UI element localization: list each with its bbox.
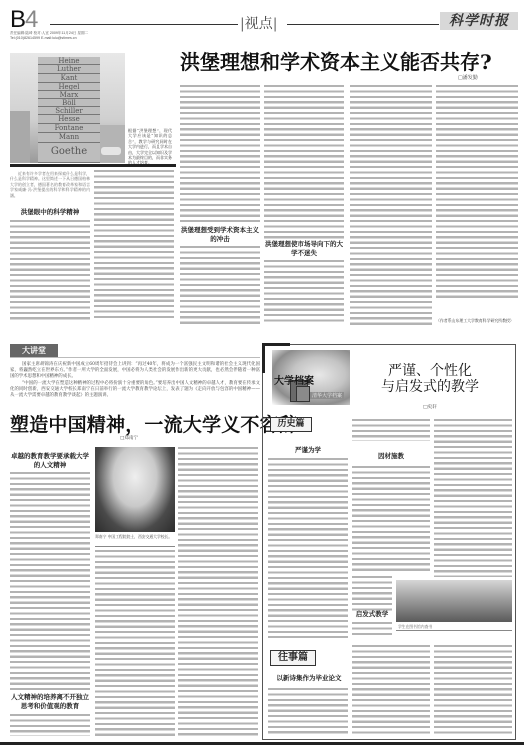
- building-left: [10, 111, 30, 163]
- book-spine: Böll: [38, 99, 100, 107]
- headline-line: 严谨、个性化: [360, 363, 500, 379]
- corner-accent: [262, 343, 290, 346]
- building-right: [99, 125, 125, 163]
- text-column: [95, 550, 175, 736]
- intro-paragraph: 国家主席胡锦涛在庆祝新中国成立60周年招待会上讲到：“再过40年，将成为一个富强…: [10, 362, 260, 381]
- lecture-subhead: 卓越的教育教学要承载大学的人文精神: [10, 452, 90, 470]
- header-rule-left: [50, 24, 238, 25]
- book-spine: Kant: [38, 74, 100, 83]
- book-spine: Luther: [38, 65, 100, 74]
- text-column: [352, 645, 430, 736]
- feature-subhead: 严谨为学: [268, 446, 348, 455]
- text-column: [434, 419, 512, 577]
- text-column: [10, 220, 90, 320]
- feature-subhead: 启发式教学: [352, 610, 392, 619]
- headline-line: 与启发式的教学: [360, 379, 500, 395]
- book-spine: Fontane: [38, 124, 100, 133]
- footer-rule: [0, 742, 524, 745]
- past-subhead: 以新诗集作为毕业论文: [268, 674, 350, 683]
- text-column: [434, 645, 512, 736]
- page-digit: 4: [25, 6, 37, 33]
- section-tag-lecture: 大讲堂: [10, 344, 58, 357]
- book-spine: Mann: [38, 133, 100, 143]
- lecture-headline: 塑造中国精神，一流大学义不容辞: [10, 410, 260, 437]
- column-label: 大学档案: [274, 372, 314, 387]
- portrait-caption: 郑南宁 中国工程院院士，西安交通大学校长。: [95, 534, 179, 539]
- portrait-rule: [95, 546, 175, 547]
- header-rule-right: [287, 24, 439, 25]
- book-spine: Marx: [38, 91, 100, 99]
- book-stack: Heine Luther Kant Hegel Marx Böll Schill…: [38, 57, 100, 163]
- text-column: [264, 85, 344, 240]
- article-subhead: 洪堡理想受到学术资本主义的冲击: [180, 226, 260, 244]
- article-headline: 洪堡理想和学术资本主义能否共存?: [180, 46, 520, 75]
- text-column: [352, 419, 430, 441]
- article-subhead: 洪堡眼中的科学精神: [10, 208, 90, 217]
- photo-caption: 根据“洪堡理想”，现代大学应该是“知识的总合”，教学与研究同时在大学内进行，而且…: [128, 128, 172, 166]
- author-portrait: [95, 447, 175, 532]
- lecture-byline: □郑南宁: [120, 435, 138, 441]
- text-column: [352, 576, 392, 612]
- past-events-tag: 往事篇: [270, 650, 316, 666]
- text-column: [352, 466, 430, 574]
- article-byline: □潘发勤: [458, 74, 478, 81]
- text-column: [10, 472, 90, 690]
- text-column: [350, 85, 432, 325]
- book-spine: Hegel: [38, 83, 100, 91]
- feature-subhead: 因材施教: [352, 452, 430, 461]
- column-sublabel: 清华大学档案: [310, 392, 344, 399]
- photo-rule: [396, 630, 512, 631]
- lecture-subhead: 人文精神的培养离不开独立思考和价值观的教育: [10, 693, 90, 711]
- article-intro: 近来有许多学者在用来探索什么是科学，什么是科学精神。这里简述一下从日德国柏林大学…: [10, 171, 90, 206]
- intro-paragraph: “中国的一流大学在塑造这种精神的过程中必将扮演十分重要的角色。”要培养出中国人文…: [10, 381, 260, 400]
- section-name: 视点: [245, 16, 273, 32]
- text-column: [264, 260, 344, 324]
- book-monument-photo: Heine Luther Kant Hegel Marx Böll Schill…: [10, 53, 125, 163]
- newspaper-masthead: 科学时报: [440, 12, 518, 30]
- photo-rule: [10, 164, 176, 167]
- text-column: [10, 714, 90, 736]
- text-column: [178, 447, 258, 736]
- text-column: [436, 85, 518, 300]
- book-spine: Goethe: [38, 143, 100, 163]
- feature-headline: 严谨、个性化 与启发式的教学: [360, 363, 500, 395]
- text-column: [352, 622, 392, 638]
- page-number: B4: [10, 8, 37, 32]
- contact-line: Tel:(010)82614599 E-mail:lulu@stimes.cn: [10, 36, 88, 41]
- corner-accent: [262, 343, 265, 373]
- archive-book-icon: [296, 386, 310, 402]
- text-column: [180, 246, 260, 324]
- history-tag: 历史篇: [270, 417, 312, 432]
- section-rule: [10, 357, 260, 358]
- editor-info: 责任编辑:陆琦 校对:人宜 2009年11月24日 星期二 Tel:(010)8…: [10, 31, 88, 41]
- article-subhead: 洪堡理想使市场导向下的大学不迷失: [264, 240, 344, 258]
- feature-byline: □史轩: [423, 403, 437, 410]
- library-photo: [396, 580, 512, 622]
- lecture-intro: 国家主席胡锦涛在庆祝新中国成立60周年招待会上讲到：“再过40年，将成为一个富强…: [10, 362, 260, 399]
- page-letter: B: [10, 6, 25, 33]
- text-column: [268, 458, 348, 638]
- text-column: [268, 688, 348, 736]
- car: [101, 147, 121, 155]
- text-column: [94, 170, 174, 320]
- author-note: （作者系山东理工大学教育科学研究所教授）: [436, 318, 518, 323]
- book-spine: Heine: [38, 57, 100, 65]
- section-tag: |视点|: [240, 13, 277, 33]
- book-spine: Schiller: [38, 107, 100, 115]
- text-column: [180, 85, 260, 225]
- book-spine: Hesse: [38, 115, 100, 124]
